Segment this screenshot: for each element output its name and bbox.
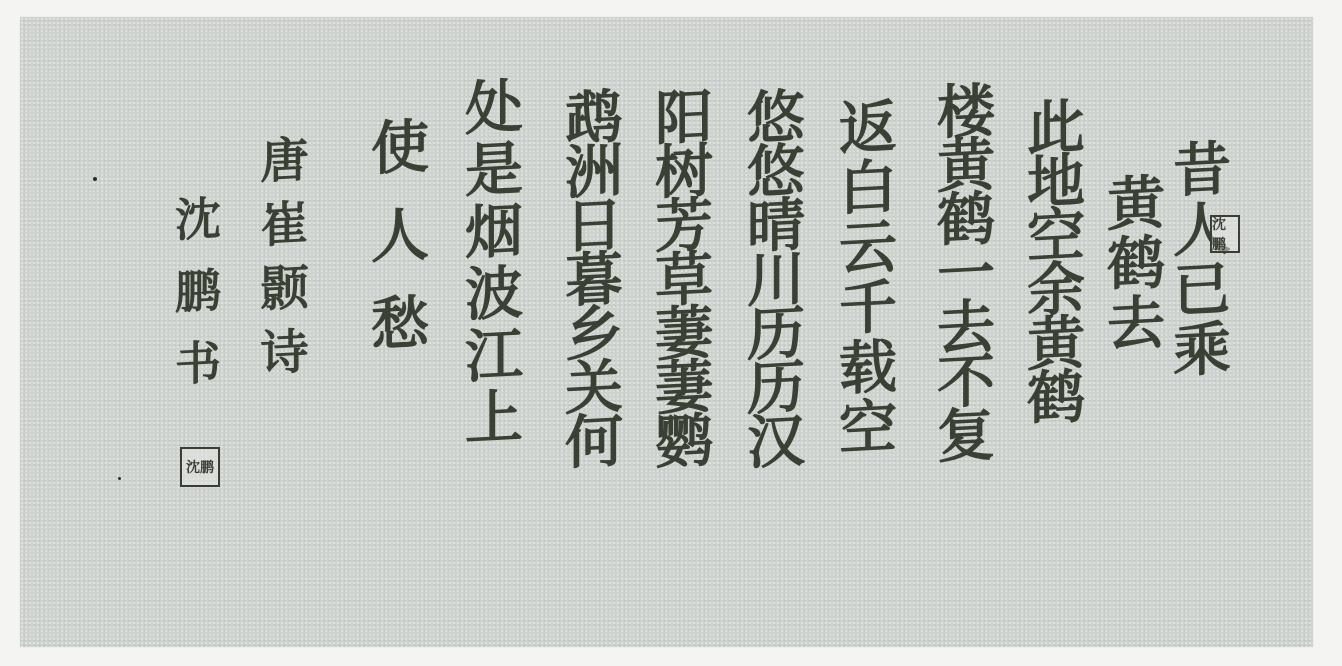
poem-column-4: 楼黄鹤一去不复 bbox=[932, 79, 990, 460]
leading-seal: 沈鹏 bbox=[1210, 215, 1240, 253]
poem-column-5: 返白云千载空 bbox=[834, 95, 892, 458]
poem-column-6: 悠悠晴川历历汉 bbox=[742, 85, 800, 466]
poem-column-3: 此地空余黄鹤 bbox=[1022, 95, 1080, 422]
poem-column-2: 黄鹤去 bbox=[1102, 171, 1160, 354]
poem-column-1: 昔人已乘 bbox=[1168, 137, 1226, 380]
ink-speck bbox=[93, 177, 97, 181]
poem-column-9: 处是烟波江上 bbox=[460, 75, 518, 450]
poem-column-7: 阳树芳草萋萋鹦 bbox=[650, 85, 708, 466]
poem-column-8: 鹉洲日暮乡关何 bbox=[560, 85, 618, 466]
inscription: 唐崔颢诗 bbox=[256, 134, 304, 393]
calligraphy-paper: 昔人已乘 沈鹏 黄鹤去 此地空余黄鹤 楼黄鹤一去不复 返白云千载空 悠悠晴川历历… bbox=[20, 17, 1313, 647]
poem-column-10: 使人愁 bbox=[366, 115, 424, 382]
signature: 沈鹏书 bbox=[172, 194, 218, 412]
name-seal: 沈鹏 bbox=[180, 447, 220, 487]
ink-speck bbox=[118, 477, 121, 480]
